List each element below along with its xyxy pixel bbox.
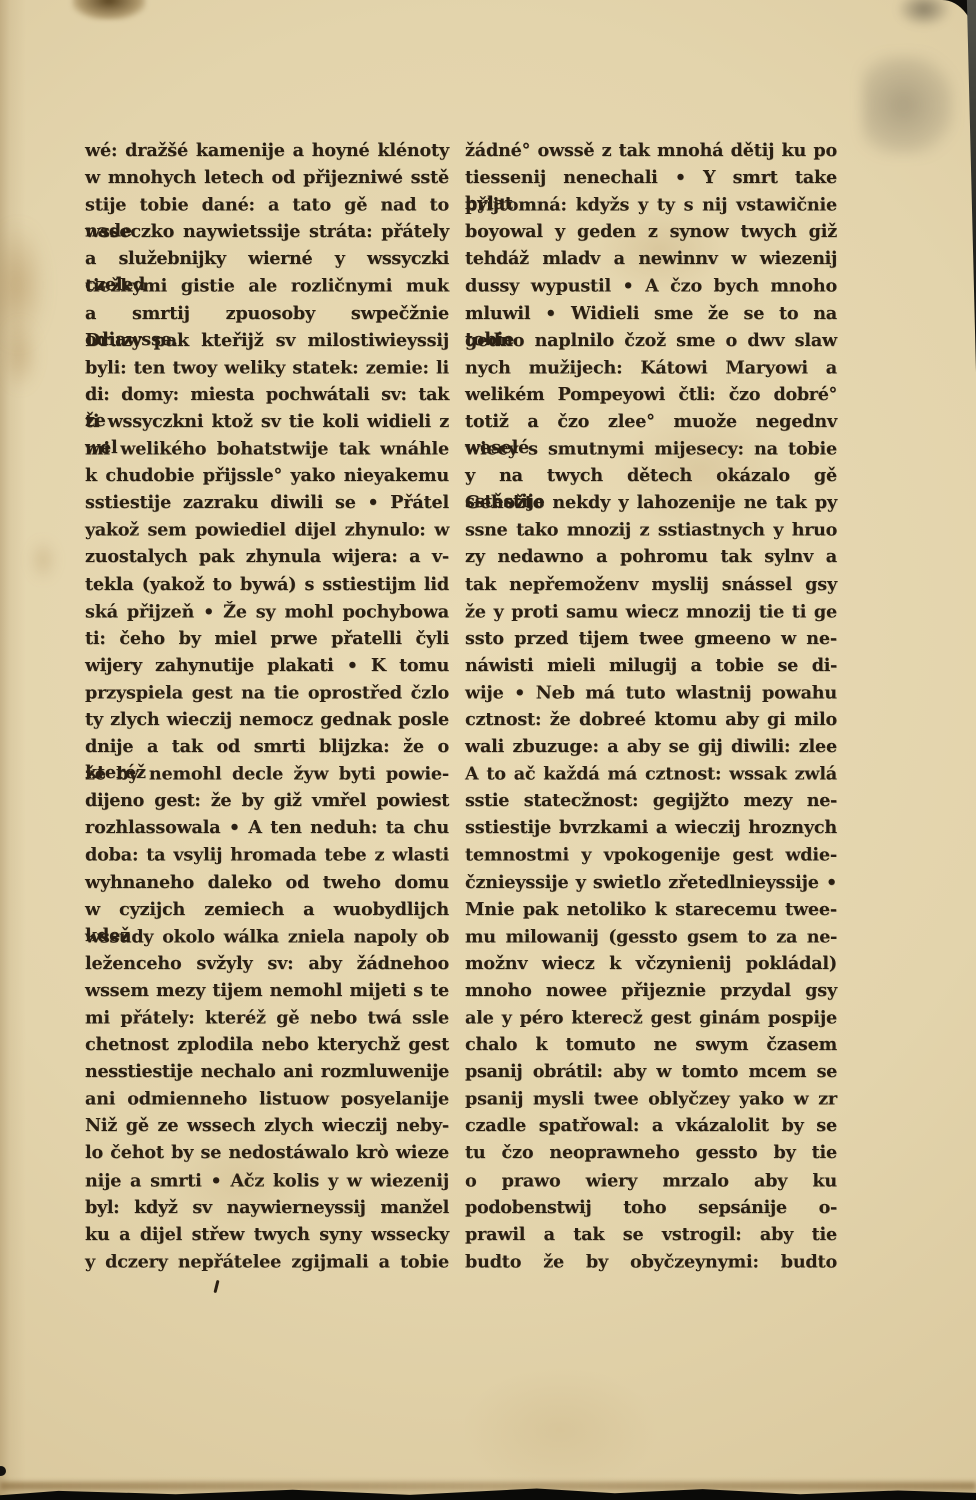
text-line: di: domy: miesta pochwátali sv: tak že (85, 382, 449, 409)
text-line: dijeno gest: že by giž vmřel powiest (85, 788, 449, 815)
text-line: sstiestije zazraku diwili se • Přátel (85, 490, 449, 517)
text-line: chetnost zplodila nebo kterychž gest (85, 1032, 449, 1059)
page-edge-shading-bottom (0, 1482, 976, 1490)
text-line: podobenstwij toho sepsánije o- (465, 1195, 837, 1222)
text-line: dussy wypustil • A čzo bych mnoho (465, 274, 837, 301)
text-line: tu čzo neoprawneho gessto by tie (465, 1140, 837, 1167)
text-line: mu milowanij (gessto gsem to za ne- (465, 924, 837, 951)
text-line: welikém Pompeyowi čtli: čzo dobré° (465, 382, 837, 409)
text-line: leženceho svžyly sv: aby žádnehoo (85, 951, 449, 978)
text-line: w mnohych letech od přijezniwé sstě (85, 165, 449, 192)
text-line: tehdáž mladv a newinnv w wiezenij (465, 246, 837, 273)
text-line: mi welikého bohatstwije tak wnáhle (85, 436, 449, 463)
text-line: tiežkymi gistie ale rozličnymi muk (85, 274, 449, 301)
text-line: byl: když sv naywierneyssij manžel (85, 1195, 449, 1222)
foxing-stain-left-upper (0, 225, 44, 345)
text-line: Niž gě ze wssech zlych wieczij neby- (85, 1113, 449, 1140)
text-line: sstie statecžnost: gegijžto mezy ne- (465, 788, 837, 815)
text-line: byli: ten twoy weliky statek: zemie: li (85, 355, 449, 382)
text-block: wé: dražšé kamenije a hoyné klénotyw mno… (85, 138, 837, 1276)
text-line: ale y péro kterecž gest ginám pospije (465, 1005, 837, 1032)
ink-stain-top (72, 0, 146, 20)
text-line: rozhlassowala • A ten neduh: ta chu (85, 815, 449, 842)
text-line: wssem mezy tijem nemohl mijeti s te (85, 978, 449, 1005)
text-line: Druzy pak kteřijž sv milostiwieyssij (85, 328, 449, 355)
text-line: dnije a tak od smrti blijzka: že o které… (85, 734, 449, 761)
text-line: wije • Neb má tuto wlastnij powahu (465, 680, 837, 707)
text-line: o prawo wiery mrzalo aby ku (465, 1168, 837, 1195)
text-line: a smrtij zpuosoby swpečžnie odiawsse. (85, 301, 449, 328)
text-line: ssne tako mnozij z sstiastnych y hruo (465, 518, 837, 545)
text-line: nije a smrti • Ačz kolis y w wiezenij (85, 1168, 449, 1195)
book-photo: wé: dražšé kamenije a hoyné klénotyw mno… (0, 0, 976, 1500)
text-line: przyspiela gest na tie oprostřed čzlo (85, 680, 449, 707)
text-line: cztnost: že dobreé ktomu aby gi milo (465, 707, 837, 734)
text-line: nych mužijech: Kátowi Maryowi a (465, 355, 837, 382)
text-line: stije tobie dané: a tato gě nad to nade (85, 193, 449, 220)
text-line: yakož sem powiediel dijel zhynulo: w (85, 518, 449, 545)
ink-mark (213, 1280, 219, 1293)
text-line: tiessenij nenechali • Y smrt take bylat (465, 165, 837, 192)
text-line: wé: dražšé kamenije a hoyné klénoty (85, 138, 449, 165)
text-line: sstiestije bvrzkami a wieczij hroznych (465, 815, 837, 842)
text-line: žádné° owssě z tak mnohá dětij ku po (465, 138, 837, 165)
text-line: ssto przed tijem twee gmeeno w ne- (465, 626, 837, 653)
text-line: tekla (yakož to bywá) s sstiestijm lid (85, 572, 449, 599)
text-column-right: žádné° owssě z tak mnohá dětij ku poties… (465, 138, 837, 1276)
text-line: prawil a tak se vstrogil: aby tie (465, 1222, 837, 1249)
text-line: wsseczko naywietssije stráta: přátely (85, 219, 449, 246)
text-line: ská přijzeň • Že sy mohl pochybowa (85, 599, 449, 626)
text-line: wali zbuzuge: a aby se gij diwili: zlee (465, 734, 837, 761)
text-line: czadle spatřowal: a vkázalolit by se (465, 1113, 837, 1140)
text-line: přijtomná: kdyžs y ty s nij vstawičnie (465, 193, 837, 220)
text-line: ti wssyczkni ktož sv tie koli widieli z … (85, 409, 449, 436)
text-line: ty zlych wieczij nemocz gednak posle (85, 707, 449, 734)
text-line: A to ač každá má cztnost: wssak zwlá (465, 762, 837, 789)
text-line: doba: ta vsylij hromada tebe z wlasti (85, 843, 449, 870)
text-line: gedno naplnilo čzož sme o dwv slaw (465, 328, 837, 355)
text-line: chalo k tomuto ne swym čzasem (465, 1032, 837, 1059)
text-column-left: wé: dražšé kamenije a hoyné klénotyw mno… (85, 138, 449, 1276)
text-line: zuostalych pak zhynula wijera: a v- (85, 544, 449, 571)
text-line: ku a dijel střew twych syny wssecky (85, 1222, 449, 1249)
text-line: mnoho nowee přijeznie przydal gsy (465, 978, 837, 1005)
text-line: mi přátely: kteréž gě nebo twá ssle (85, 1005, 449, 1032)
text-line: že by nemohl decle žyw byti powie- (85, 762, 449, 789)
text-line: ti: čeho by miel prwe přatelli čyli (85, 626, 449, 653)
text-line: wijery zahynutije plakati • K tomu (85, 653, 449, 680)
text-line: temnostmi y vpokogenije gest wdie- (465, 843, 837, 870)
text-line: wiecy s smutnymi mijesecy: na tobie (465, 436, 837, 463)
text-line: k chudobie přijssle° yako nieyakemu (85, 463, 449, 490)
text-line: totiž a čzo zlee° muože negednv weselé (465, 409, 837, 436)
edge-stain-top-right (898, 0, 950, 26)
text-line: wssudy okolo wálka zniela napoly ob (85, 924, 449, 951)
text-line: náwisti mieli milugij a tobie se di- (465, 653, 837, 680)
text-line: lo čehot by se nedostáwalo krò wieze (85, 1140, 449, 1167)
smudge-stain-top-right (862, 55, 954, 155)
text-line: psanij mysli twee oblyčzey yako w zr (465, 1087, 837, 1114)
text-line: tak nepřemoženv myslij snássel gsy (465, 572, 837, 599)
text-line: a služebnijky wierné y wssyczki czeled (85, 246, 449, 273)
text-line: y na twych dětech okázalo gě sstěstije (465, 463, 837, 490)
text-line: nesstiestije nechalo ani rozmluwenije (85, 1059, 449, 1086)
text-line: čznieyssije y swietlo zřetedlnieyssije • (465, 870, 837, 897)
text-line: Mnie pak netoliko k starecemu twee- (465, 897, 837, 924)
foxing-stain-left-small (30, 540, 56, 580)
text-line: mluwil • Widieli sme že se to na tobie (465, 301, 837, 328)
text-line: ani odmienneho listuow posyelanije (85, 1087, 449, 1114)
text-line: budto že by obyčzeynymi: budto (465, 1249, 837, 1276)
text-line: Gehožto nekdy y lahozenije ne tak py (465, 490, 837, 517)
foxing-stain-left-lower (2, 320, 38, 390)
text-line: zy nedawno a pohromu tak sylnv a (465, 544, 837, 571)
text-line: w cyzijch zemiech a wuobydlijch kdež (85, 897, 449, 924)
text-line: psanij obrátil: aby w tomto mcem se (465, 1059, 837, 1086)
text-line: že y proti samu wiecz mnozij tie ti ge (465, 599, 837, 626)
text-line: y dczery nepřátelee zgijmali a tobie (85, 1249, 449, 1276)
page: wé: dražšé kamenije a hoyné klénotyw mno… (0, 0, 976, 1500)
text-line: boyowal y geden z synow twych giž (465, 219, 837, 246)
text-line: možnv wiecz k včzynienij pokládal) (465, 951, 837, 978)
text-line: wyhnaneho daleko od tweho domu (85, 870, 449, 897)
